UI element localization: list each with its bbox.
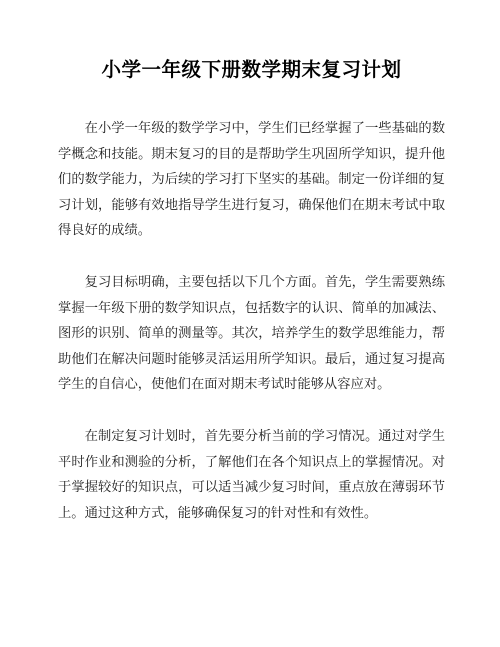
paragraph-plan-analysis: 在制定复习计划时，首先要分析当前的学习情况。通过对学生平时作业和测验的分析，了解… [58, 424, 445, 526]
paragraph-goals: 复习目标明确，主要包括以下几个方面。首先，学生需要熟练掌握一年级下册的数学知识点… [58, 270, 445, 398]
document-title: 小学一年级下册数学期末复习计划 [58, 56, 445, 83]
document-content: 小学一年级下册数学期末复习计划 在小学一年级的数学学习中，学生们已经掌握了一些基… [58, 56, 445, 526]
document-page: 小学一年级下册数学期末复习计划 在小学一年级的数学学习中，学生们已经掌握了一些基… [0, 0, 500, 647]
paragraph-intro: 在小学一年级的数学学习中，学生们已经掌握了一些基础的数学概念和技能。期末复习的目… [58, 116, 445, 244]
